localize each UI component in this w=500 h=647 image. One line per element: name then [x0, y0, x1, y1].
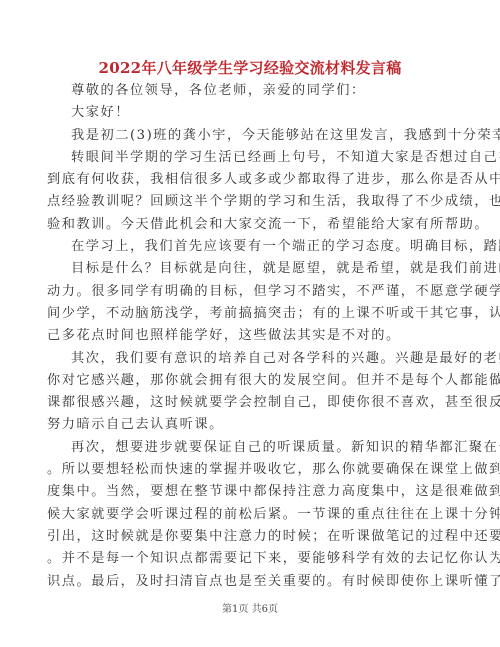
- text-line: 己多花点时间也照样能学好，这些做法其实是不对的。: [47, 325, 457, 347]
- text-line: 到底有何收获，我相信很多人或多或少都取得了进步，那么你是否从中汲取到一: [47, 169, 457, 191]
- document-title: 2022年八年级学生学习经验交流材料发言稿: [0, 57, 500, 78]
- text-line: 其次，我们要有意识的培养自己对各学科的兴趣。兴趣是最好的老师，只要: [47, 348, 457, 370]
- text-line: 动力。很多同学有明确的目标，但学习不踏实，不严谨，不愿意学硬学，不花时: [47, 281, 457, 303]
- text-line: 点经验教训呢？回顾这半个学期的学习和生活，我取得了不少成绩，也有很多经: [47, 191, 457, 213]
- text-line: 。并不是每一个知识点都需要记下来，要能够科学有效的去记忆你认为重要的知: [47, 548, 457, 570]
- text-line: 大家好！: [47, 102, 457, 124]
- document-page: 2022年八年级学生学习经验交流材料发言稿 尊敬的各位领导，各位老师，亲爱的同学…: [0, 0, 500, 647]
- text-line: 候大家就要学会听课过程的前松后紧。一节课的重点往往在上课十分钟后被老师: [47, 504, 457, 526]
- text-line: 努力暗示自己去认真听课。: [47, 414, 457, 436]
- text-line: 我是初二(3)班的龚小宇，今天能够站在这里发言，我感到十分荣幸！: [47, 125, 457, 147]
- text-line: 再次，想要进步就要保证自己的听课质量。新知识的精华都汇聚在一堂课中: [47, 437, 457, 459]
- text-line: 尊敬的各位领导，各位老师，亲爱的同学们：: [47, 80, 457, 102]
- text-line: 目标是什么？目标就是向往，就是愿望，就是希望，就是我们前进的方向和: [47, 258, 457, 280]
- document-body: 尊敬的各位领导，各位老师，亲爱的同学们：大家好！我是初二(3)班的龚小宇，今天能…: [47, 80, 457, 593]
- text-line: 识点。最后，及时扫清盲点也是至关重要的。有时候即使你上课听懂了，一到联: [47, 571, 457, 593]
- page-footer: 第1页 共6页: [0, 600, 500, 615]
- text-line: 在学习上，我们首先应该要有一个端正的学习态度。明确目标，踏踏实实。: [47, 236, 457, 258]
- text-line: 。所以要想轻松而快速的掌握并吸收它，那么你就要确保在课堂上做到注意力高: [47, 459, 457, 481]
- text-line: 引出，这时候就是你要集中注意力的时候；在听课做笔记的过程中还要学会取舍: [47, 526, 457, 548]
- text-line: 课都很感兴趣，这时候就要学会控制自己，即使你很不喜欢，甚至很反感，也要: [47, 392, 457, 414]
- text-line: 你对它感兴趣，那你就会拥有很大的发展空间。但并不是每个人都能做到对每门: [47, 370, 457, 392]
- text-line: 转眼间半学期的学习生活已经画上句号，不知道大家是否想过自己在这期间: [47, 147, 457, 169]
- text-line: 验和教训。今天借此机会和大家交流一下，希望能给大家有所帮助。: [47, 214, 457, 236]
- text-line: 间少学，不动脑筋浅学，考前搞搞突击；有的上课不听或干其它事，认为课后自: [47, 303, 457, 325]
- text-line: 度集中。当然，要想在整节课中都保持注意力高度集中，这是很难做到的。这时: [47, 481, 457, 503]
